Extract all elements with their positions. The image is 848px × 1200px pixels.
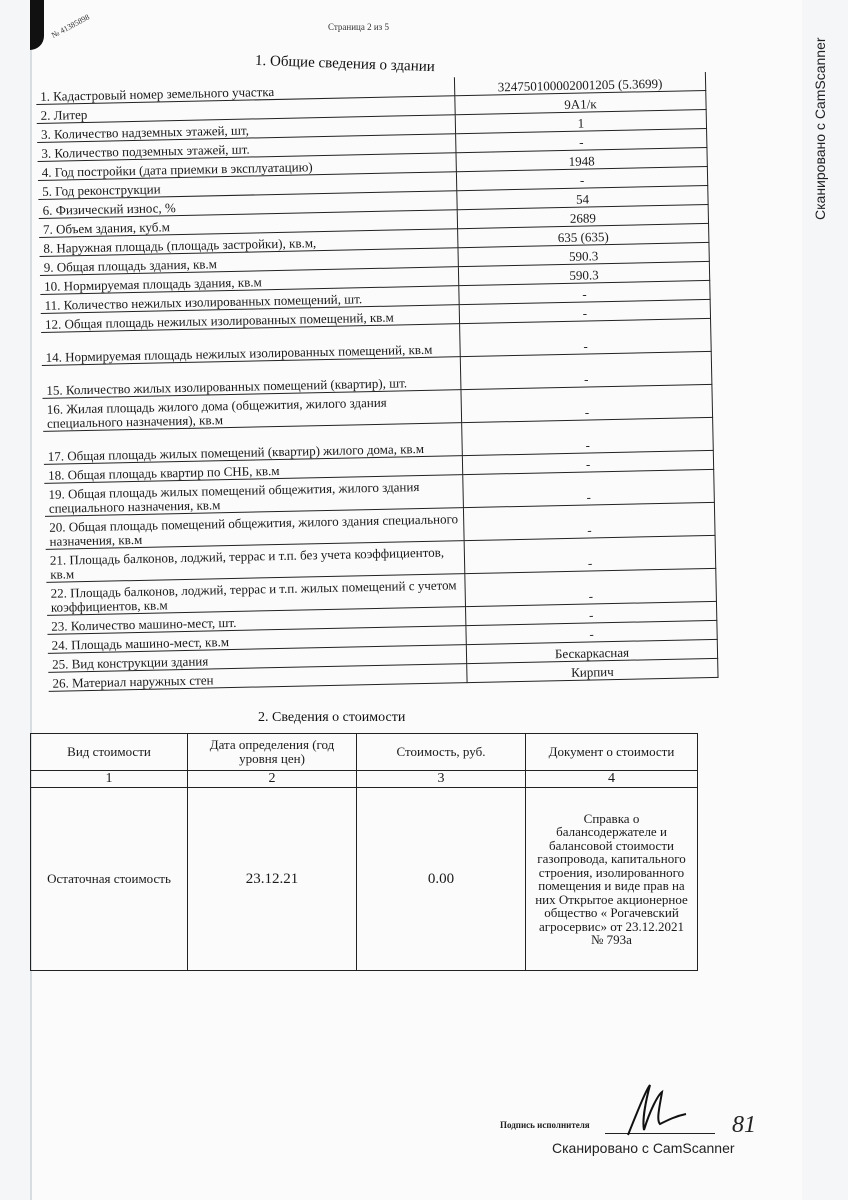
camscanner-watermark-vertical: Сканировано с CamScanner (812, 37, 828, 220)
cost-info-table: Вид стоимости Дата определения (год уров… (30, 733, 698, 971)
row-value: - (463, 469, 715, 507)
row-value: - (461, 384, 713, 422)
cost-table-header-row: Вид стоимости Дата определения (год уров… (31, 734, 698, 771)
header-document: Документ о стоимости (526, 734, 698, 771)
header-cost: Стоимость, руб. (357, 734, 526, 771)
page-indicator: Страница 2 из 5 (328, 22, 389, 32)
header-date: Дата определения (год уровня цен) (188, 734, 357, 771)
column-number: 3 (357, 771, 526, 788)
signature-label: Подпись исполнителя (500, 1120, 590, 1130)
row-value: - (465, 568, 717, 606)
column-number: 2 (188, 771, 357, 788)
cost-cell: 0.00 (357, 788, 526, 971)
header-cost-type: Вид стоимости (31, 734, 188, 771)
column-number: 4 (526, 771, 698, 788)
cost-type-cell: Остаточная стоимость (31, 788, 188, 971)
date-cell: 23.12.21 (188, 788, 357, 971)
row-value: - (463, 502, 715, 540)
section2-title: 2. Сведения о стоимости (258, 710, 405, 726)
camscanner-watermark-bottom: Сканировано с CamScanner (552, 1140, 735, 1156)
signature-mark-icon (620, 1080, 690, 1140)
document-cell: Справка о балансодержателе и балансовой … (526, 788, 698, 971)
building-info-table: 1. Кадастровый номер земельного участка3… (36, 72, 719, 692)
column-number: 1 (31, 771, 188, 788)
column-number-row: 1 2 3 4 (31, 771, 698, 788)
row-value: - (464, 535, 716, 573)
page-fold-shadow (30, 0, 44, 50)
row-value: - (460, 351, 712, 389)
table-row: Остаточная стоимость 23.12.21 0.00 Справ… (31, 788, 698, 971)
handwritten-page-number: 81 (732, 1112, 756, 1139)
row-value: - (460, 318, 712, 356)
row-value: - (462, 417, 714, 455)
